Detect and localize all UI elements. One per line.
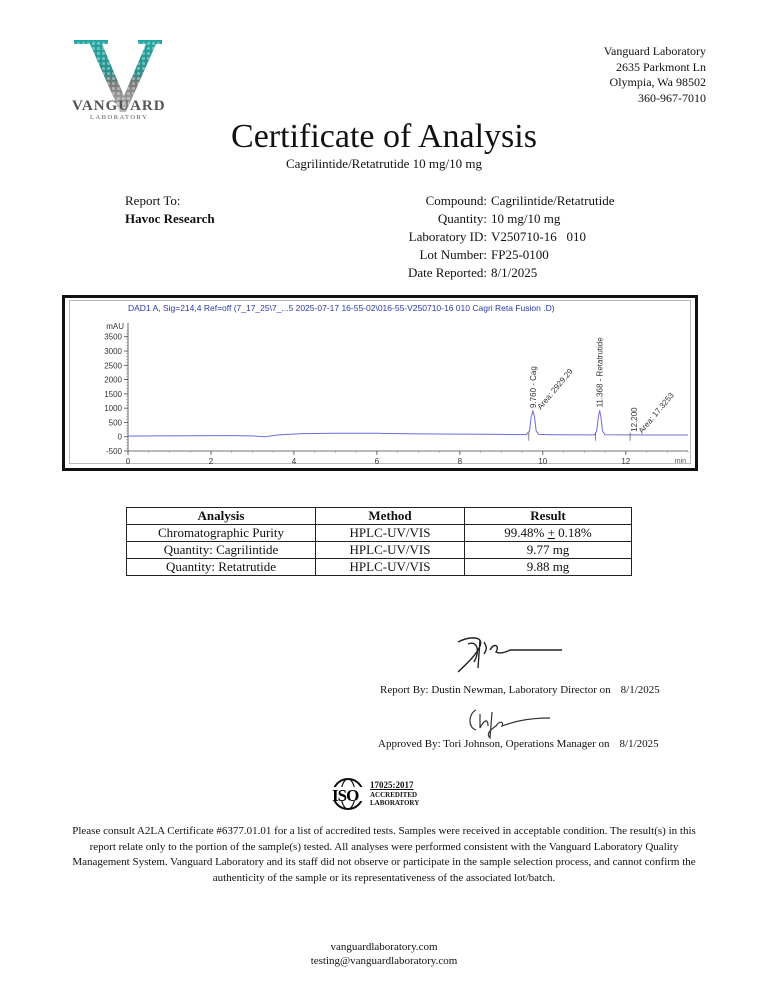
- info-value: 8/1/2025: [491, 264, 537, 282]
- address-line: 360-967-7010: [604, 91, 706, 107]
- info-label: Laboratory ID:: [330, 228, 491, 246]
- iso-line2: LABORATORY: [370, 799, 419, 807]
- y-tick-label: 0: [118, 433, 123, 442]
- result-uncertainty: 0.18%: [555, 525, 592, 540]
- info-row-compound: Compound:Cagrilintide/Retatrutide: [330, 192, 614, 210]
- col-header-analysis: Analysis: [127, 508, 316, 525]
- report-by-text: Report By: Dustin Newman, Laboratory Dir…: [380, 684, 611, 696]
- peak-area-label: Area: 17.3253: [637, 390, 677, 435]
- col-header-method: Method: [316, 508, 465, 525]
- info-value: FP25-0100: [491, 246, 549, 264]
- footer-website-link[interactable]: vanguardlaboratory.com: [0, 940, 768, 954]
- cell-analysis: Quantity: Retatrutide: [127, 559, 316, 576]
- info-label: Quantity:: [330, 210, 491, 228]
- signature-manager-icon: [462, 704, 562, 740]
- signature-director-icon: [450, 632, 570, 678]
- x-tick-label: 8: [458, 457, 463, 466]
- info-row-quantity: Quantity:10 mg/10 mg: [330, 210, 614, 228]
- approved-by-date: 8/1/2025: [620, 738, 659, 750]
- table-row: Quantity: Retatrutide HPLC-UV/VIS 9.88 m…: [127, 559, 632, 576]
- chromatogram-frame: DAD1 A, Sig=214,4 Ref=off (7_17_25\7_...…: [62, 295, 698, 471]
- peak-label: 9.760 - Cag: [529, 366, 538, 408]
- vanguard-logo: VANGUARD LABORATORY: [66, 36, 196, 126]
- peak-area-label: Area: 2929.29: [535, 367, 575, 412]
- y-tick-label: 2500: [104, 361, 122, 370]
- y-tick-label: 3000: [104, 347, 122, 356]
- cell-method: HPLC-UV/VIS: [316, 525, 465, 542]
- report-by-date: 8/1/2025: [621, 684, 660, 696]
- info-value: Cagrilintide/Retatrutide: [491, 192, 614, 210]
- report-to: Report To: Havoc Research: [125, 192, 215, 228]
- plus-minus-symbol: +: [548, 525, 555, 540]
- results-table: Analysis Method Result Chromatographic P…: [126, 507, 632, 576]
- x-tick-label: 12: [621, 457, 630, 466]
- chromatogram-panel: DAD1 A, Sig=214,4 Ref=off (7_17_25\7_...…: [69, 300, 691, 464]
- y-tick-label: 2000: [104, 376, 122, 385]
- info-value: 10 mg/10 mg: [491, 210, 560, 228]
- cell-result: 99.48% + 0.18%: [465, 525, 632, 542]
- x-tick-label: 0: [126, 457, 131, 466]
- disclaimer-text: Please consult A2LA Certificate #6377.01…: [60, 824, 708, 886]
- x-axis-label: min: [675, 458, 686, 465]
- cell-result: 9.88 mg: [465, 559, 632, 576]
- iso-accreditation-badge: ISO 17025:2017 ACCREDITED LABORATORY: [330, 776, 430, 817]
- cell-result: 9.77 mg: [465, 542, 632, 559]
- chromatogram-chart: DAD1 A, Sig=214,4 Ref=off (7_17_25\7_...…: [70, 301, 692, 467]
- cell-method: HPLC-UV/VIS: [316, 542, 465, 559]
- x-tick-label: 4: [292, 457, 297, 466]
- table-row: Quantity: Cagrilintide HPLC-UV/VIS 9.77 …: [127, 542, 632, 559]
- col-header-result: Result: [465, 508, 632, 525]
- y-tick-label: 1000: [104, 404, 122, 413]
- chromatogram-trace: [128, 410, 688, 436]
- footer: vanguardlaboratory.com testing@vanguardl…: [0, 940, 768, 968]
- x-tick-label: 2: [209, 457, 214, 466]
- iso-standard: 17025:2017: [370, 780, 414, 790]
- y-axis-label: mAU: [106, 322, 124, 331]
- cell-method: HPLC-UV/VIS: [316, 559, 465, 576]
- address-line: 2635 Parkmont Ln: [604, 60, 706, 76]
- y-tick-label: -500: [106, 447, 123, 456]
- table-header-row: Analysis Method Result: [127, 508, 632, 525]
- chart-title: DAD1 A, Sig=214,4 Ref=off (7_17_25\7_...…: [128, 303, 555, 313]
- info-value: V250710-16 010: [491, 228, 586, 246]
- cell-analysis: Chromatographic Purity: [127, 525, 316, 542]
- report-to-label: Report To:: [125, 192, 215, 210]
- footer-email-link[interactable]: testing@vanguardlaboratory.com: [0, 954, 768, 968]
- page-title: Certificate of Analysis: [0, 118, 768, 156]
- info-row-lab-id: Laboratory ID:V250710-16 010: [330, 228, 614, 246]
- y-tick-label: 1500: [104, 390, 122, 399]
- logo-wordmark: VANGUARD: [72, 98, 166, 115]
- peak-label: 11.368 - Retatrutide: [596, 337, 605, 408]
- address-line: Vanguard Laboratory: [604, 44, 706, 60]
- y-tick-label: 500: [109, 418, 123, 427]
- client-name: Havoc Research: [125, 210, 215, 228]
- approved-by-line: Approved By: Tori Johnson, Operations Ma…: [378, 738, 659, 750]
- x-tick-label: 6: [375, 457, 380, 466]
- table-row: Chromatographic Purity HPLC-UV/VIS 99.48…: [127, 525, 632, 542]
- approved-by-text: Approved By: Tori Johnson, Operations Ma…: [378, 738, 610, 750]
- info-row-date: Date Reported:8/1/2025: [330, 264, 614, 282]
- iso-text: ISO: [332, 786, 358, 806]
- address-line: Olympia, Wa 98502: [604, 75, 706, 91]
- info-label: Lot Number:: [330, 246, 491, 264]
- info-row-lot: Lot Number:FP25-0100: [330, 246, 614, 264]
- y-tick-label: 3500: [104, 333, 122, 342]
- sample-info: Compound:Cagrilintide/Retatrutide Quanti…: [330, 192, 614, 282]
- x-tick-label: 10: [538, 457, 547, 466]
- report-by-line: Report By: Dustin Newman, Laboratory Dir…: [380, 684, 660, 696]
- lab-address: Vanguard Laboratory 2635 Parkmont Ln Oly…: [604, 44, 706, 106]
- result-value: 99.48%: [504, 525, 547, 540]
- page-subtitle: Cagrilintide/Retatrutide 10 mg/10 mg: [0, 156, 768, 172]
- info-label: Date Reported:: [330, 264, 491, 282]
- iso-line1: ACCREDITED: [370, 791, 417, 799]
- info-label: Compound:: [330, 192, 491, 210]
- cell-analysis: Quantity: Cagrilintide: [127, 542, 316, 559]
